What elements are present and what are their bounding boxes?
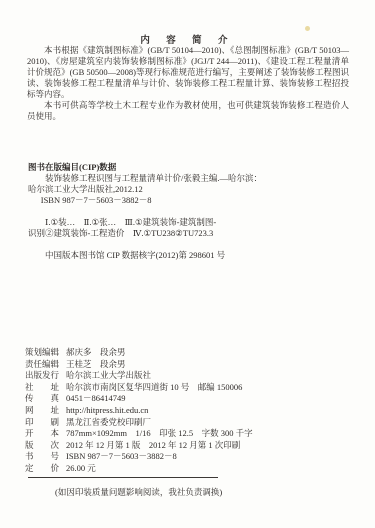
colophon-row-edition: 版 次 2012 年 12 月第 1 版 2012 年 12 月第 1 次印刷 (25, 440, 355, 452)
colophon-value: 哈尔滨市南岗区复华四道街 10 号 邮编 150006 (66, 382, 242, 394)
colophon-label: 开 本 (25, 428, 60, 440)
colophon-row-fax: 传 真 0451－86414749 (25, 393, 355, 405)
quality-exchange-note: (如因印装质量问题影响阅读，我社负责调换) (55, 486, 222, 498)
colophon-row-planning-editor: 策划编辑 郝庆多 段余男 (25, 347, 355, 359)
colophon-row-format: 开 本 787mm×1092mm 1/16 印张 12.5 字数 300 千字 (25, 428, 355, 440)
colophon-row-isbn: 书 号 ISBN 987－7－5603－3882－8 (25, 451, 355, 463)
colophon-label: 定 价 (25, 463, 60, 475)
colophon-row-price: 定 价 26.00 元 (25, 463, 355, 475)
colophon-label: 出版发行 (25, 370, 60, 382)
colophon-label: 责任编辑 (25, 359, 60, 371)
cip-data-section: 图书在版编目(CIP)数据 装饰装修工程识图与工程量清单计价/张毅主编.—哈尔滨… (28, 162, 348, 261)
cip-title-author-line: 装饰装修工程识图与工程量清单计价/张毅主编.—哈尔滨： (28, 173, 348, 184)
colophon-label: 书 号 (25, 451, 60, 463)
colophon-value: 郝庆多 段余男 (66, 347, 126, 359)
colophon-label: 社 址 (25, 382, 60, 394)
cip-heading: 图书在版编目(CIP)数据 (28, 162, 348, 173)
colophon-label: 策划编辑 (25, 347, 60, 359)
book-copyright-page: 内 容 简 介 本书根据《建筑制图标准》(GB/T 50104—2010)、《总… (0, 0, 375, 528)
cip-record-number-line: 中国版本图书馆 CIP 数据核字(2012)第 298601 号 (28, 250, 348, 261)
colophon-row-responsible-editor: 责任编辑 王桂芝 段余男 (25, 359, 355, 371)
colophon-value: 26.00 元 (66, 463, 96, 475)
colophon-value: 787mm×1092mm 1/16 印张 12.5 字数 300 千字 (66, 428, 253, 440)
cip-isbn-line: ISBN 987－7－5603－3882－8 (28, 195, 348, 206)
content-summary-section: 本书根据《建筑制图标准》(GB/T 50104—2010)、《总图制图标准》(G… (27, 45, 349, 122)
colophon-value: 2012 年 12 月第 1 版 2012 年 12 月第 1 次印刷 (66, 440, 240, 452)
content-summary-paragraph: 本书根据《建筑制图标准》(GB/T 50104—2010)、《总图制图标准》(G… (27, 45, 349, 100)
footer-divider (28, 477, 218, 478)
colophon-value: http://hitpress.hit.edu.cn (66, 405, 148, 417)
colophon-row-address: 社 址 哈尔滨市南岗区复华四道街 10 号 邮编 150006 (25, 382, 355, 394)
colophon-label: 印 刷 (25, 417, 60, 429)
colophon-value: 王桂芝 段余男 (66, 359, 126, 371)
cip-classification-line-1: Ⅰ.①装… Ⅱ.①张… Ⅲ.①建筑装饰-建筑制图- (28, 217, 348, 228)
reader-audience-paragraph: 本书可供高等学校土木工程专业作为教材使用，也可供建筑装饰装修工程造价人员使用。 (27, 100, 349, 122)
colophon-label: 网 址 (25, 405, 60, 417)
cip-classification-line-2: 识别②建筑装饰-工程造价 Ⅳ.①TU238②TU723.3 (28, 228, 348, 239)
colophon-value: ISBN 987－7－5603－3882－8 (66, 451, 177, 463)
content-summary-heading: 内 容 简 介 (0, 32, 375, 46)
colophon-row-publisher: 出版发行 哈尔滨工业大学出版社 (25, 370, 355, 382)
colophon-row-website: 网 址 http://hitpress.hit.edu.cn (25, 405, 355, 417)
colophon-value: 黑龙江省委党校印刷厂 (66, 417, 151, 429)
colophon-value: 哈尔滨工业大学出版社 (66, 370, 151, 382)
colophon-label: 传 真 (25, 393, 60, 405)
colophon-value: 0451－86414749 (66, 393, 126, 405)
cip-publisher-line: 哈尔滨工业大学出版社,2012.12 (28, 184, 348, 195)
colophon-label: 版 次 (25, 440, 60, 452)
colophon-row-printer: 印 刷 黑龙江省委党校印刷厂 (25, 417, 355, 429)
colophon-section: 策划编辑 郝庆多 段余男 责任编辑 王桂芝 段余男 出版发行 哈尔滨工业大学出版… (25, 347, 355, 475)
scan-artifact-dot (305, 26, 310, 31)
